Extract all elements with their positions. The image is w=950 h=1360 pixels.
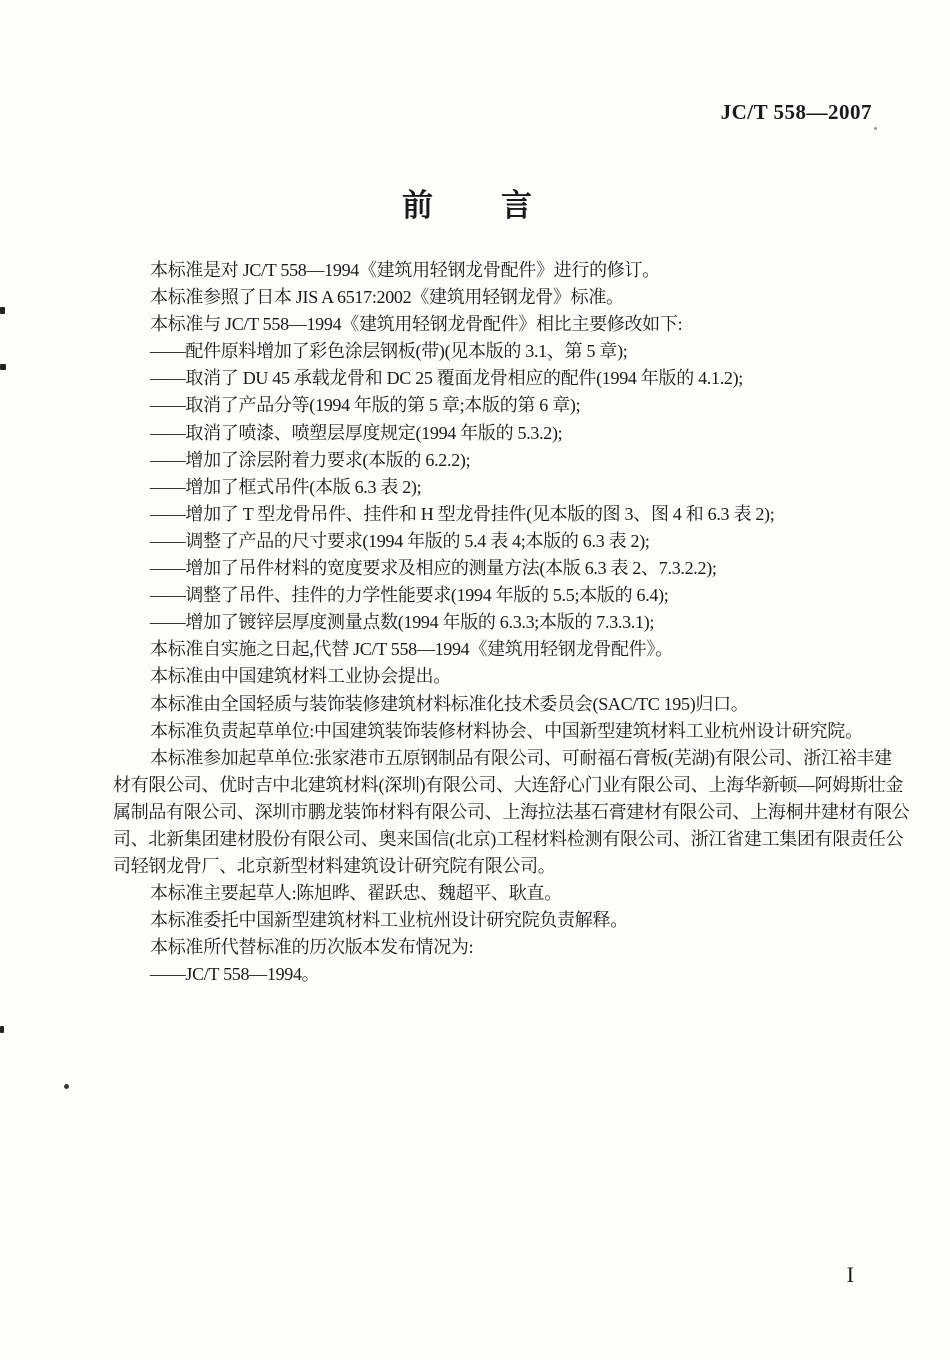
body-line: ——取消了喷漆、喷塑层厚度规定(1994 年版的 5.3.2); [113, 420, 903, 447]
body-line: 本标准由中国建筑材料工业协会提出。 [113, 663, 903, 690]
page-title: 前 言 [0, 180, 936, 225]
body-line: 司轻钢龙骨厂、北京新型材料建筑设计研究院有限公司。 [113, 853, 903, 880]
body-line: 本标准负责起草单位:中国建筑装饰装修材料协会、中国新型建筑材料工业杭州设计研究院… [113, 718, 903, 745]
scan-speck [0, 307, 5, 314]
body-line: 本标准所代替标准的历次版本发布情况为: [113, 934, 903, 961]
body-line: 本标准参加起草单位:张家港市五原钢制品有限公司、可耐福石膏板(芜湖)有限公司、浙… [113, 745, 903, 772]
scan-speck [0, 1026, 4, 1033]
page-number: I [847, 1262, 854, 1288]
scanned-standard-page: JC/T 558—2007 前 言 本标准是对 JC/T 558—1994《建筑… [0, 0, 950, 1360]
body-line: 本标准与 JC/T 558—1994《建筑用轻钢龙骨配件》相比主要修改如下: [113, 311, 903, 338]
foreword-body: 本标准是对 JC/T 558—1994《建筑用轻钢龙骨配件》进行的修订。 本标准… [113, 257, 903, 989]
body-line: ——取消了产品分等(1994 年版的第 5 章;本版的第 6 章); [113, 392, 903, 419]
body-line: ——增加了涂层附着力要求(本版的 6.2.2); [113, 447, 903, 474]
body-line: 本标准参照了日本 JIS A 6517:2002《建筑用轻钢龙骨》标准。 [113, 284, 903, 311]
body-line: 本标准是对 JC/T 558—1994《建筑用轻钢龙骨配件》进行的修订。 [113, 257, 903, 284]
body-line: ——增加了镀锌层厚度测量点数(1994 年版的 6.3.3;本版的 7.3.3.… [113, 609, 903, 636]
scan-speck [0, 364, 6, 370]
body-line: ——JC/T 558—1994。 [113, 961, 903, 988]
body-line: 属制品有限公司、深圳市鹏龙装饰材料有限公司、上海拉法基石膏建材有限公司、上海桐井… [113, 799, 903, 826]
body-line: ——调整了吊件、挂件的力学性能要求(1994 年版的 5.5;本版的 6.4); [113, 582, 903, 609]
body-line: ——增加了吊件材料的宽度要求及相应的测量方法(本版 6.3 表 2、7.3.2.… [113, 555, 903, 582]
body-line: 本标准由全国轻质与装饰装修建筑材料标准化技术委员会(SAC/TC 195)归口。 [113, 691, 903, 718]
body-line: ——调整了产品的尺寸要求(1994 年版的 5.4 表 4;本版的 6.3 表 … [113, 528, 903, 555]
body-line: ——取消了 DU 45 承载龙骨和 DC 25 覆面龙骨相应的配件(1994 年… [113, 365, 903, 392]
standard-code: JC/T 558—2007 [721, 100, 872, 125]
body-line: ——增加了框式吊件(本版 6.3 表 2); [113, 474, 903, 501]
scan-speck [874, 127, 877, 130]
body-line: 司、北新集团建材股份有限公司、奥来国信(北京)工程材料检测有限公司、浙江省建工集… [113, 826, 903, 853]
body-line: 本标准委托中国新型建筑材料工业杭州设计研究院负责解释。 [113, 907, 903, 934]
scan-speck [548, 358, 551, 361]
body-line: 本标准主要起草人:陈旭晔、翟跃忠、魏超平、耿直。 [113, 880, 903, 907]
scan-speck [64, 1084, 69, 1089]
body-line: ——配件原料增加了彩色涂层钢板(带)(见本版的 3.1、第 5 章); [113, 338, 903, 365]
body-line: 本标准自实施之日起,代替 JC/T 558—1994《建筑用轻钢龙骨配件》。 [113, 636, 903, 663]
body-line: ——增加了 T 型龙骨吊件、挂件和 H 型龙骨挂件(见本版的图 3、图 4 和 … [113, 501, 903, 528]
body-line: 材有限公司、优时吉中北建筑材料(深圳)有限公司、大连舒心门业有限公司、上海华新顿… [113, 772, 903, 799]
